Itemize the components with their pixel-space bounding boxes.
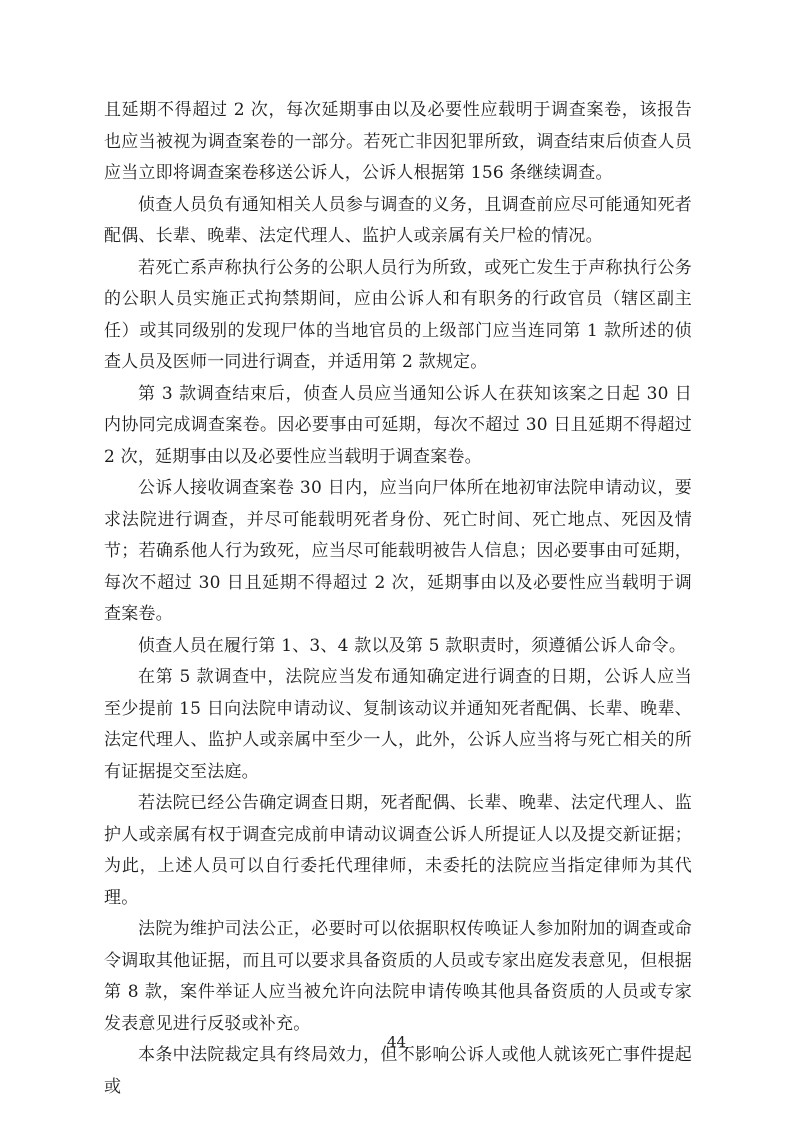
paragraph: 在第 5 款调查中，法院应当发布通知确定进行调查的日期，公诉人应当至少提前 15…	[104, 662, 692, 788]
paragraph: 且延期不得超过 2 次，每次延期事由以及必要性应载明于调查案卷，该报告也应当被视…	[104, 95, 692, 190]
paragraph: 侦查人员负有通知相关人员参与调查的义务，且调查前应尽可能通知死者配偶、长辈、晚辈…	[104, 190, 692, 253]
paragraph: 公诉人接收调查案卷 30 日内，应当向尸体所在地初审法院申请动议，要求法院进行调…	[104, 473, 692, 631]
paragraph: 法院为维护司法公正，必要时可以依据职权传唤证人参加附加的调查或命令调取其他证据，…	[104, 914, 692, 1040]
body-text: 且延期不得超过 2 次，每次延期事由以及必要性应载明于调查案卷，该报告也应当被视…	[104, 95, 692, 1103]
document-page: 且延期不得超过 2 次，每次延期事由以及必要性应载明于调查案卷，该报告也应当被视…	[0, 0, 793, 1122]
paragraph: 若法院已经公告确定调查日期，死者配偶、长辈、晚辈、法定代理人、监护人或亲属有权于…	[104, 788, 692, 914]
page-number: 44	[0, 1033, 793, 1051]
paragraph: 若死亡系声称执行公务的公职人员行为所致，或死亡发生于声称执行公务的公职人员实施正…	[104, 253, 692, 379]
paragraph: 侦查人员在履行第 1、3、4 款以及第 5 款职责时，须遵循公诉人命令。	[104, 631, 692, 663]
paragraph: 第 3 款调查结束后，侦查人员应当通知公诉人在获知该案之日起 30 日内协同完成…	[104, 379, 692, 474]
